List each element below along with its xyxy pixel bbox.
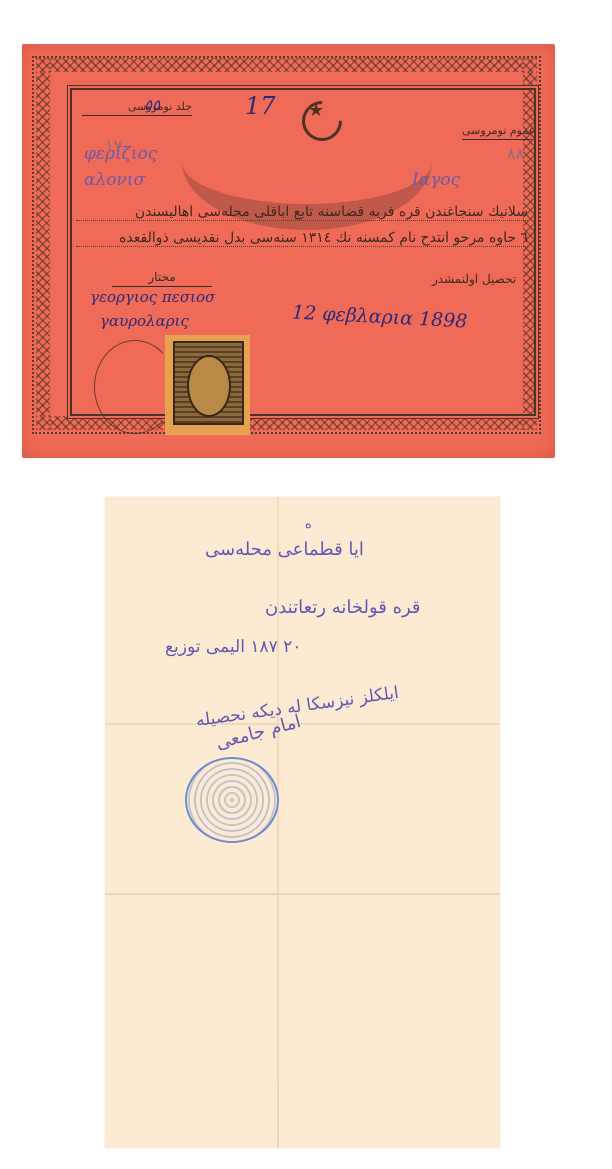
pencil-note-right: ٨٨ — [507, 144, 524, 163]
certificate-line-1: سلانیك سنجاغندن قره فریه قضاسنه تابع ابا… — [76, 204, 528, 221]
letter-line-1: ایا قطماعی محله‌سی — [205, 539, 364, 560]
star-icon: ★ — [308, 100, 324, 121]
certificate-line-2: ٦ حاوه مرحو انتدح نام كمسنه‌ نك ١٣١٤ سنه… — [76, 230, 528, 247]
letter-line-3: ٢٠ ١٨٧ الیمی توزیع — [165, 637, 301, 657]
header-left-printed: جلد نومروسی — [82, 100, 192, 116]
fold-line-horizontal-1 — [105, 723, 500, 725]
greek-name-line2: αλονισ — [84, 170, 145, 190]
letter-line-0: ه — [305, 517, 312, 532]
letter-line-2: قره قولخانه رتعاتندن — [265, 597, 421, 618]
stamp-center-oval — [187, 355, 231, 417]
header-left-number: ٥٥ — [144, 96, 160, 114]
certificate-card: ★ جلد نومروسی ٥٥ 17 عموم نومروسی ١٧ ٨٨ φ… — [22, 44, 555, 458]
revenue-stamp — [165, 335, 250, 435]
mukhtar-label: مختار — [112, 270, 212, 287]
fold-line-vertical — [277, 497, 279, 1148]
signature-line-2: γαυρολαρις — [100, 312, 189, 330]
header-center-number: 17 — [245, 92, 276, 120]
faint-seal-outline — [94, 340, 176, 434]
blue-seal — [185, 757, 279, 843]
collected-label: تحصیل اولنمشدر — [432, 272, 516, 286]
signature-line-1: γεοργιος πεσιοσ — [90, 288, 215, 306]
greek-name-line1: φερίζιος — [84, 144, 157, 164]
letter-paper: ه ایا قطماعی محله‌سی قره قولخانه رتعاتند… — [105, 497, 500, 1148]
greek-note-right: Ιαγος — [412, 170, 460, 190]
fold-line-horizontal-2 — [105, 893, 500, 895]
header-right-printed: عموم نومروسی — [462, 124, 532, 140]
